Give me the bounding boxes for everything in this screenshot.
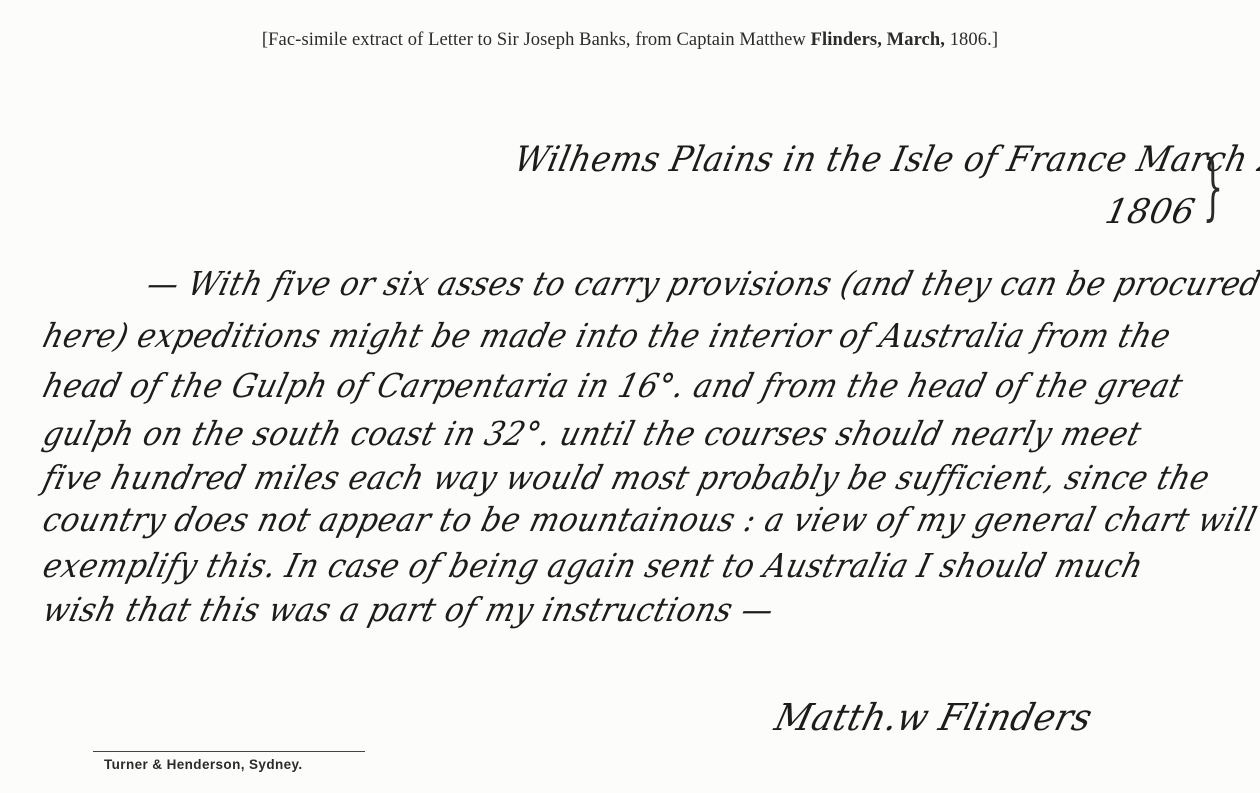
letter-date-year: 1806: [1102, 192, 1199, 232]
caption-bold-name: Flinders, March,: [811, 30, 945, 50]
letter-body-line: gulph on the south coast in 32°. until t…: [39, 414, 1146, 453]
date-brace-icon: }: [1203, 150, 1224, 222]
letter-body-line: country does not appear to be mountainou…: [39, 500, 1260, 539]
caption-suffix: 1806.]: [945, 30, 998, 50]
letter-dateline: Wilhems Plains in the Isle of France Mar…: [511, 140, 1260, 180]
letter-body-line: exemplify this. In case of being again s…: [39, 546, 1147, 585]
letter-body-line: — With five or six asses to carry provis…: [143, 264, 1260, 303]
letter-body-line: five hundred miles each way would most p…: [39, 458, 1214, 497]
letter-body-line: head of the Gulph of Carpentaria in 16°.…: [39, 366, 1187, 405]
facsimile-caption: [Fac-simile extract of Letter to Sir Jos…: [0, 30, 1260, 51]
letter-body-line: here) expeditions might be made into the…: [39, 316, 1175, 355]
letter-body-line: wish that this was a part of my instruct…: [39, 590, 778, 629]
facsimile-page: [Fac-simile extract of Letter to Sir Jos…: [0, 0, 1260, 793]
imprint-divider: [93, 751, 365, 752]
printer-imprint: Turner & Henderson, Sydney.: [104, 757, 303, 772]
caption-prefix: [Fac-simile extract of Letter to Sir Jos…: [262, 30, 811, 50]
letter-signature: Matth.w Flinders: [771, 696, 1097, 739]
